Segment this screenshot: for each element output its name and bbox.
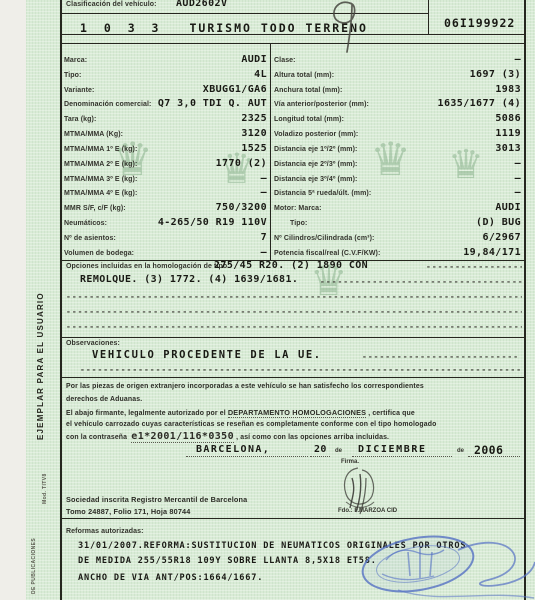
field-value: 4L (254, 69, 267, 80)
signed-by: Fdo.: F.MARZOA CID (338, 508, 397, 514)
field-value: — (261, 247, 267, 258)
field-value: 750/3200 (216, 202, 267, 213)
certifier-post-text: , certifica que (366, 410, 415, 417)
observations-label: Observaciones: (66, 340, 120, 347)
observations-value: VEHICULO PROCEDENTE DE LA UE. (92, 349, 322, 361)
field-label: Distancia eje 3º/4º (mm): (274, 176, 357, 183)
publisher-label: DE PUBLICACIONES (31, 514, 37, 594)
table-row: Volumen de bodega:— (64, 247, 267, 258)
table-row: Denominación comercial:Q7 3,0 TDI Q. AUT (64, 98, 267, 109)
field-label: Variante: (64, 87, 94, 94)
field-value: 4-265/50 R19 110V (158, 217, 267, 228)
dash-filler: ----------------------------------------… (66, 292, 522, 302)
field-label: Volumen de bodega: (64, 250, 134, 257)
conformity-line: el vehículo carrozado cuyas característi… (66, 421, 436, 428)
field-value: AUDI (495, 202, 521, 213)
dash-filler: ----------------------------------------… (80, 365, 522, 375)
table-row: Tipo:(D) BUG (274, 217, 521, 228)
dash-filler: ----------------------------------------… (66, 322, 522, 332)
table-row: Longitud total (mm):5086 (274, 113, 521, 124)
approval-code-line: con la contraseña e1*2001/116*0350 , así… (66, 431, 389, 443)
field-value: — (515, 173, 521, 184)
dotted-underline (468, 456, 520, 457)
registry-line2: Tomo 24887, Folio 171, Hoja 80744 (66, 507, 190, 516)
issue-city: BARCELONA, (196, 444, 270, 455)
options-value-continued: REMOLQUE. (3) 1772. (4) 1639/1681. (80, 274, 298, 285)
issue-year: 2006 (474, 443, 503, 457)
table-row: Clase:— (274, 54, 521, 65)
field-value: — (515, 187, 521, 198)
field-label: Marca: (64, 57, 87, 64)
field-label: Distancia eje 1º/2º (mm): (274, 146, 357, 153)
field-label: Vía anterior/posterior (mm): (274, 101, 369, 108)
options-label: Opciones incluidas en la homologación de… (66, 263, 230, 270)
field-label: MTMA/MMA (Kg): (64, 131, 123, 138)
field-value: — (261, 187, 267, 198)
blue-stamp (338, 532, 535, 600)
field-label: Nº Cilindros/Cilindrada (cm³): (274, 235, 374, 242)
field-value: (D) BUG (476, 217, 521, 228)
table-row: Motor: Marca:AUDI (274, 202, 521, 213)
table-row: Altura total (mm):1697 (3) (274, 69, 521, 80)
table-row: Tara (kg):2325 (64, 113, 267, 124)
table-row: Anchura total (mm):1983 (274, 84, 521, 95)
field-value: Q7 3,0 TDI Q. AUT (158, 98, 267, 109)
certifier-pre-text: El abajo firmante, legalmente autorizado… (66, 410, 228, 417)
field-label: Anchura total (mm): (274, 87, 342, 94)
field-value: XBUGG1/GA6 (203, 84, 267, 95)
table-row: MTMA/MMA 1º E (kg):1525 (64, 143, 267, 154)
table-row: MTMA/MMA 4º E (kg):— (64, 187, 267, 198)
field-value: 3013 (495, 143, 521, 154)
field-label: Clase: (274, 57, 296, 64)
table-row: Potencia fiscal/real (C.V.F/KW):19,84/17… (274, 247, 521, 258)
field-label: MTMA/MMA 2º E (kg): (64, 161, 137, 168)
certifier-line: El abajo firmante, legalmente autorizado… (66, 408, 415, 418)
table-row: MTMA/MMA 3º E (kg):— (64, 173, 267, 184)
field-label: MTMA/MMA 1º E (kg): (64, 146, 137, 153)
table-row: Nº de asientos:7 (64, 232, 267, 243)
field-label: Nº de asientos: (64, 235, 116, 242)
field-value: 1635/1677 (4) (438, 98, 521, 109)
reform-line3: ANCHO DE VIA ANT/POS:1664/1667. (78, 573, 263, 583)
field-label: Distancia eje 2º/3º (mm): (274, 161, 357, 168)
field-value: — (515, 158, 521, 169)
divider-line (270, 43, 271, 260)
field-label: Distancia 5ª rueda/últ. (mm): (274, 190, 371, 197)
field-value: 7 (261, 232, 267, 243)
table-row: Neumáticos:4-265/50 R19 110V (64, 217, 267, 228)
code-pre-text: con la contraseña (66, 434, 131, 441)
reform-line2: DE MEDIDA 255/55R18 109Y SOBRE LLANTA 8,… (78, 556, 377, 566)
table-row: Distancia eje 2º/3º (mm):— (274, 158, 521, 169)
reforms-label: Reformas autorizadas: (66, 528, 144, 535)
field-label: MMR S/F, c/F (kg): (64, 205, 126, 212)
table-row: Distancia 5ª rueda/últ. (mm):— (274, 187, 521, 198)
options-value: 275/45 R20. (2) 1890 CON (214, 260, 368, 271)
field-value: — (515, 54, 521, 65)
table-row: Tipo:4L (64, 69, 267, 80)
document-scan: { "header": { "classification_label": "C… (0, 0, 535, 600)
field-value: 5086 (495, 113, 521, 124)
dotted-underline (352, 456, 452, 457)
customs-statement-line2: derechos de Aduanas. (66, 396, 142, 403)
date-de-word: de (335, 448, 342, 454)
field-label: Longitud total (mm): (274, 116, 344, 123)
field-value: 1525 (241, 143, 267, 154)
date-de-word: de (457, 448, 464, 454)
field-value: 2325 (241, 113, 267, 124)
field-value: 6/2967 (482, 232, 521, 243)
registry-line1: Sociedad inscrita Registro Mercantil de … (66, 495, 247, 504)
field-label: Altura total (mm): (274, 72, 334, 79)
field-label: Neumáticos: (64, 220, 107, 227)
field-label: MTMA/MMA 4º E (kg): (64, 190, 137, 197)
dotted-underline (310, 456, 330, 457)
field-value: 1697 (3) (470, 69, 521, 80)
field-value: 19,84/171 (463, 247, 521, 258)
field-label: Tara (kg): (64, 116, 96, 123)
field-label: Tipo: (64, 72, 81, 79)
issue-month: DICIEMBRE (358, 444, 427, 455)
dotted-underline (186, 456, 308, 457)
table-row: Marca:AUDI (64, 54, 267, 65)
field-value: 3120 (241, 128, 267, 139)
issue-day: 20 (314, 444, 327, 455)
table-row: MTMA/MMA (Kg):3120 (64, 128, 267, 139)
dash-filler: ----------------------------------------… (320, 277, 522, 287)
field-value: 1770 (2) (216, 158, 267, 169)
table-row: Vía anterior/posterior (mm):1635/1677 (4… (274, 98, 521, 109)
form-model-label: Mod. TITV8 (42, 440, 48, 504)
dash-filler: ----------------------------------------… (66, 307, 522, 317)
field-value: 1119 (495, 128, 521, 139)
customs-statement-line1: Por las piezas de origen extranjero inco… (66, 383, 424, 390)
field-value: AUDI (241, 54, 267, 65)
table-row: Distancia eje 1º/2º (mm):3013 (274, 143, 521, 154)
field-label: Voladizo posterior (mm): (274, 131, 358, 138)
copy-type-vertical-label: EJEMPLAR PARA EL USUARIO (36, 268, 45, 440)
table-row: MTMA/MMA 2º E (kg):1770 (2) (64, 158, 267, 169)
table-row: Variante:XBUGG1/GA6 (64, 84, 267, 95)
table-row: Nº Cilindros/Cilindrada (cm³):6/2967 (274, 232, 521, 243)
field-label: Motor: Marca: (274, 205, 322, 212)
table-row: MMR S/F, c/F (kg):750/3200 (64, 202, 267, 213)
field-value: 1983 (495, 84, 521, 95)
field-label: Potencia fiscal/real (C.V.F/KW): (274, 250, 380, 257)
table-row: Distancia eje 3º/4º (mm):— (274, 173, 521, 184)
field-value: — (261, 173, 267, 184)
dash-filler: ----------------------------------------… (362, 352, 520, 362)
type-approval-code: e1*2001/116*0350 (131, 431, 234, 443)
table-row: Voladizo posterior (mm):1119 (274, 128, 521, 139)
field-label: Tipo: (274, 220, 307, 227)
field-label: Denominación comercial: (64, 101, 152, 108)
field-label: MTMA/MMA 3º E (kg): (64, 176, 137, 183)
department-name: DEPARTAMENTO HOMOLOGACIONES (228, 408, 366, 418)
code-post-text: , así como con las opciones arriba inclu… (234, 434, 389, 441)
dash-filler: ----------------------------------------… (426, 262, 522, 272)
